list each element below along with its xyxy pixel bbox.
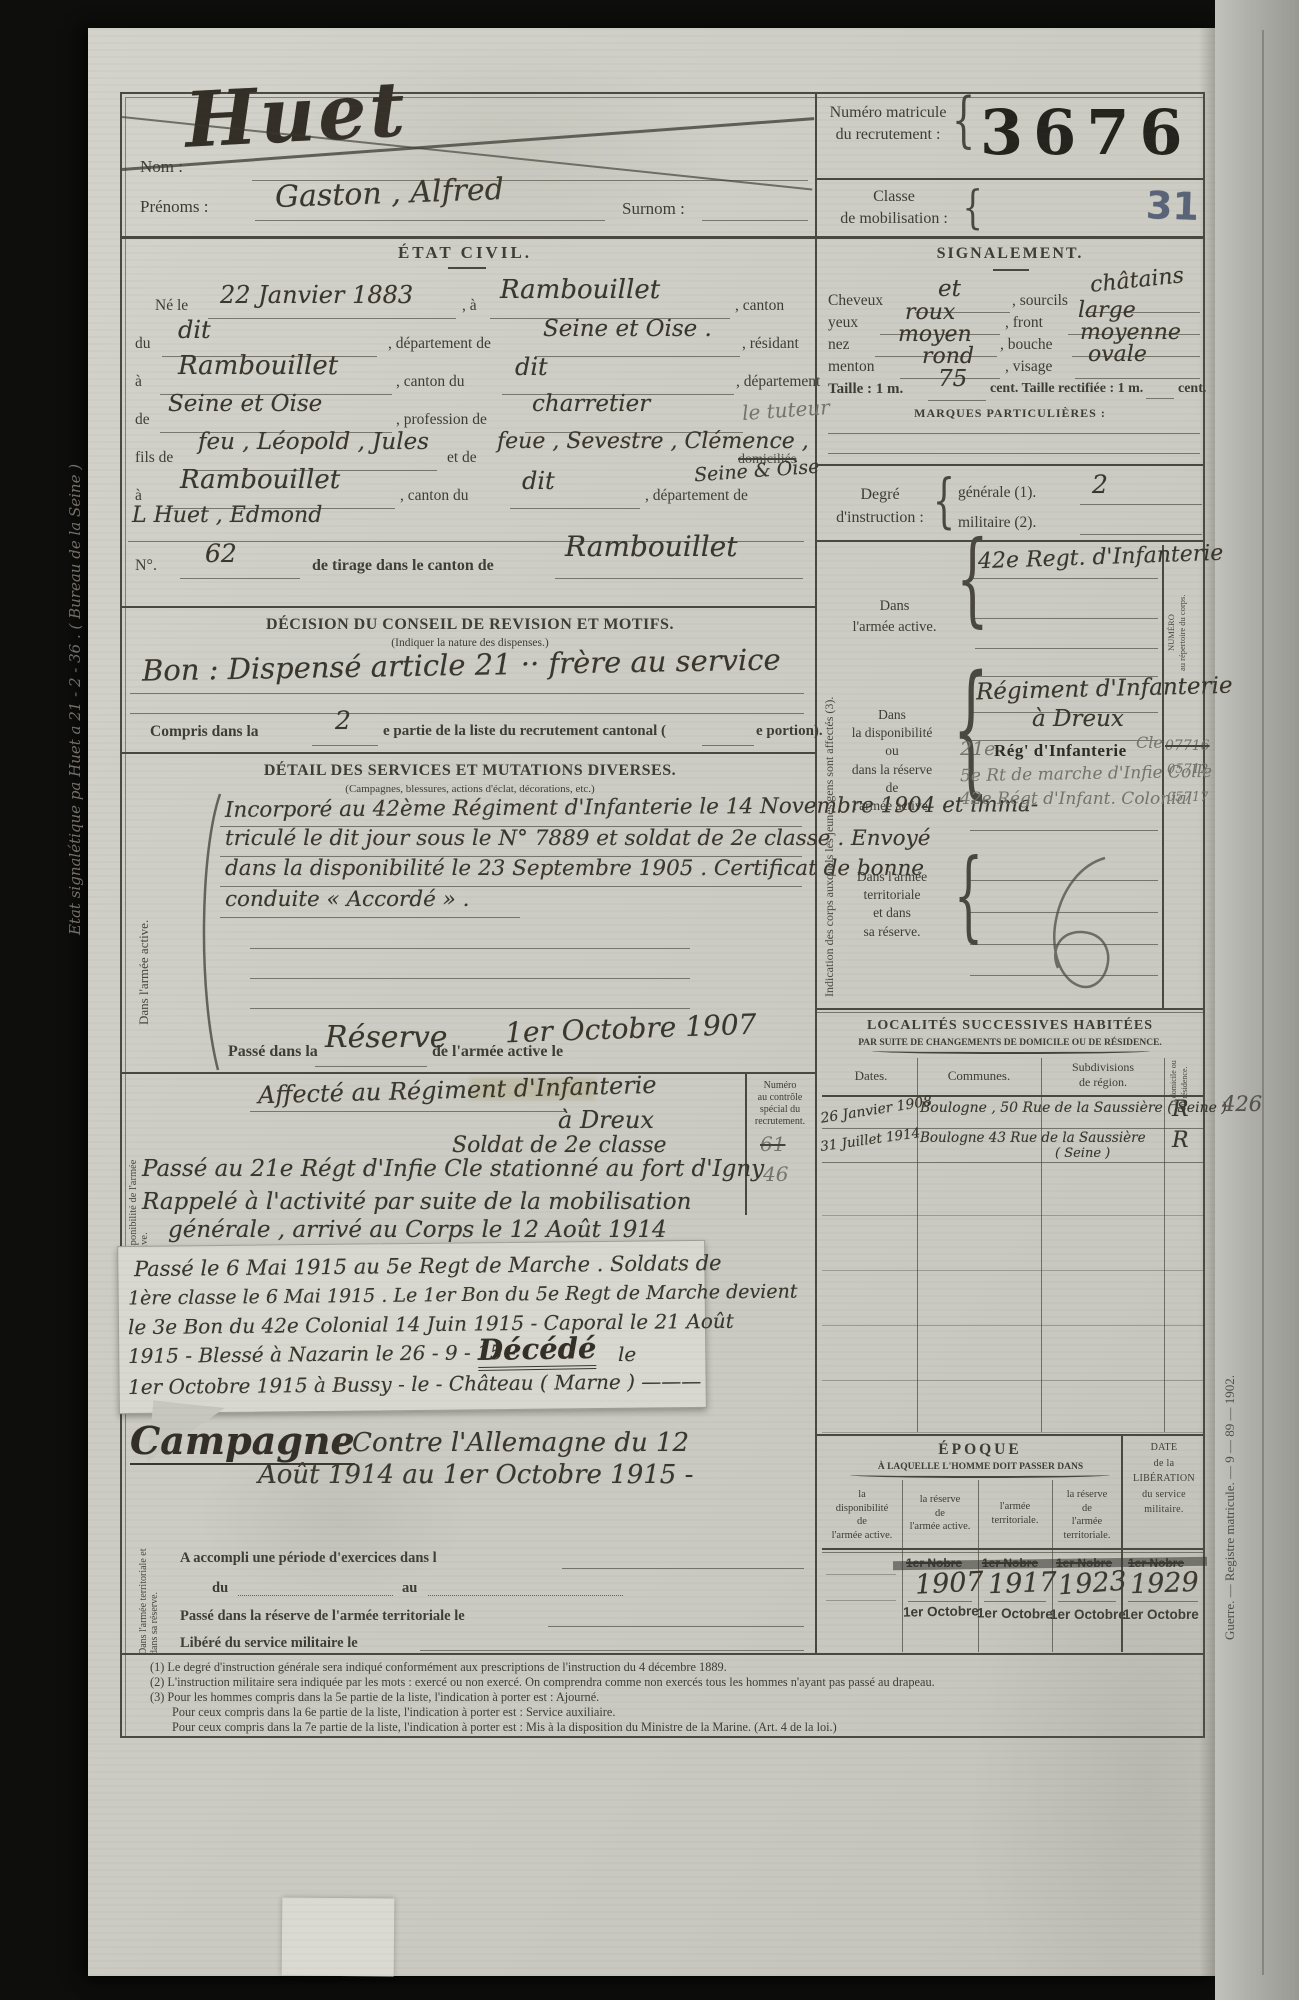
departement-de2-label: , département de: [645, 487, 748, 505]
affecte-line2: à Dreux: [558, 1106, 654, 1134]
decision-title: DÉCISION DU CONSEIL DE REVISION ET MOTIF…: [170, 616, 770, 634]
taille-label: Taille : 1 m.: [828, 381, 903, 398]
note-decede: Décédé: [478, 1331, 597, 1371]
ruled-line: [975, 648, 1158, 649]
profession-de-label: , profession de: [396, 411, 487, 429]
ruled-line: [828, 433, 1200, 434]
canton-value: dit: [178, 316, 211, 344]
margin-print-right: Guerre. — Registre matricule. — 9 — 89 —…: [1222, 1200, 1238, 1640]
brace-icon: [956, 529, 989, 631]
departement-label: , département: [736, 373, 820, 391]
numero-repertoire-value1: 07716: [1165, 738, 1210, 754]
margin-note-left: Etat signalétique pa Huet a 21 - 2 - 36 …: [66, 375, 84, 935]
ruled-line: [928, 400, 986, 401]
section-rule: [817, 540, 1205, 542]
ruled-line: [1080, 534, 1202, 535]
disponibilite-side-label: Disponibilité de l'armée active.: [128, 1135, 158, 1260]
ruled-line: [315, 1066, 427, 1067]
naissance-date: 22 Janvier 1883: [220, 281, 413, 309]
ruled-line: [970, 880, 1158, 881]
services-title: DÉTAIL DES SERVICES ET MUTATIONS DIVERSE…: [170, 762, 770, 780]
corps-dispo-value3-pre: 21e: [960, 738, 995, 760]
classe-label: Classe de mobilisation :: [824, 186, 964, 229]
du-label: du: [212, 1580, 228, 1597]
ruled-line: [250, 1008, 690, 1009]
regiment-stamp: Rég' d'Infanterie: [994, 741, 1127, 761]
passe-territoriale-label: Passé dans la réserve de l'armée territo…: [180, 1608, 465, 1625]
brace-icon: [954, 846, 984, 945]
ruled-line: [828, 453, 1200, 454]
dotted-line: [428, 1580, 623, 1596]
ruled-line: [312, 745, 378, 746]
accompli-label: A accompli une période d'exercices dans …: [180, 1550, 437, 1567]
tirage-canton: Rambouillet: [565, 530, 737, 563]
epoque-col4-header: la réserve de l'armée territoriale.: [1054, 1488, 1120, 1543]
matricule-number: 3676: [980, 96, 1190, 169]
affecte-line3: Soldat de 2e classe: [452, 1133, 667, 1158]
ruled-line: [1146, 398, 1174, 399]
footnote-rule: [120, 1653, 1205, 1655]
ruled-line: [130, 713, 804, 714]
ruled-line: [970, 830, 1158, 831]
epoque-date1: 1er Octobre: [903, 1603, 979, 1619]
corps-side-label: Indication des corps auxquels les jeunes…: [822, 552, 837, 997]
title-dash: [448, 267, 486, 269]
epoque-date-header: DATE de la LIBÉRATION du service militai…: [1124, 1440, 1204, 1518]
sourcils-label: , sourcils: [1012, 292, 1068, 310]
campagne-word: Campagne: [130, 1418, 355, 1465]
cheveux-value: et: [938, 276, 961, 302]
taille-value: 75: [938, 366, 967, 392]
corps-dispo-value2: à Dreux: [1032, 706, 1124, 732]
ruled-line: [420, 1650, 804, 1651]
bouche-label: , bouche: [1000, 336, 1053, 354]
rappele-line2: générale , arrivé au Corps le 12 Août 19…: [168, 1217, 667, 1243]
departement2-value: Seine et Oise: [168, 391, 322, 417]
ruled-line: [1075, 378, 1200, 379]
cheveux-label: Cheveux: [828, 292, 883, 310]
rappele-line1: Rappelé à l'activité par suite de la mob…: [142, 1189, 691, 1215]
services-paragraph-l3: dans la disponibilité le 23 Septembre 19…: [225, 856, 924, 881]
canton-du2-value: dit: [522, 467, 555, 495]
localites-col-line: [917, 1058, 918, 1432]
paraph-flourish: [1020, 850, 1150, 1000]
page-stack-edge: [1262, 30, 1264, 1975]
fils-de-label: fils de: [135, 449, 173, 467]
footnote-3: (3) Pour les hommes compris dans la 5e p…: [150, 1690, 599, 1705]
controle-column-line: [745, 1073, 747, 1215]
ruled-line: [250, 948, 690, 949]
ruled-line: [702, 220, 808, 221]
marques-label: MARQUES PARTICULIÈRES :: [880, 406, 1140, 421]
profession-value: charretier: [532, 391, 650, 417]
ruled-line: [822, 1325, 1205, 1326]
localites-header-rule: [822, 1095, 1205, 1097]
ruled-line: [510, 508, 640, 509]
passe-reserve-label1: Passé dans la: [228, 1043, 318, 1061]
scanned-register-page: { "document": { "signature": "Huet", "ma…: [0, 0, 1299, 2000]
libere-label: Libéré du service militaire le: [180, 1635, 358, 1652]
epoque-header-rule: [822, 1548, 1205, 1550]
localites-row1-dr: R: [1172, 1097, 1189, 1122]
compris-label3: e portion).: [756, 723, 823, 740]
section-rule: [120, 752, 815, 754]
ruled-line: [208, 318, 456, 319]
tuteur-line: L Huet , Edmond: [132, 503, 322, 528]
domicile-value: Rambouillet: [180, 465, 340, 495]
canton-du-value: dit: [515, 353, 548, 381]
compris-label1: Compris dans la: [150, 723, 259, 741]
visage-label: , visage: [1005, 358, 1052, 376]
ruled-line: [220, 917, 520, 918]
menton-label: menton: [828, 358, 875, 376]
departement-de-label: , département de: [388, 335, 491, 353]
surnom-label: Surnom :: [622, 199, 685, 219]
ruled-line: [130, 693, 804, 694]
ruled-line: [822, 1162, 1205, 1163]
footnote-4: Pour ceux compris dans la 6e partie de l…: [172, 1705, 615, 1720]
naissance-lieu: Rambouillet: [500, 275, 660, 305]
section-rule: [120, 1072, 815, 1074]
passe-reserve-value1: Réserve: [325, 1020, 448, 1055]
generale-value: 2: [1092, 470, 1108, 499]
signalement-title: SIGNALEMENT.: [850, 245, 1170, 263]
numero-tirage-label: N°.: [135, 557, 157, 575]
brace-icon: [952, 89, 975, 149]
matricule-label: Numéro matricule du recrutement :: [824, 102, 952, 145]
ruled-line: [822, 1552, 1205, 1553]
ruled-line: [984, 1601, 1046, 1602]
localites-col-subdivisions: Subdivisions de région.: [1044, 1060, 1162, 1090]
epoque-title: ÉPOQUE: [860, 1441, 1100, 1459]
epoque-top-rule: [817, 1434, 1205, 1436]
yeux-label: yeux: [828, 314, 858, 332]
ruled-line: [970, 944, 1158, 945]
numero-repertoire-value2: 05712: [1167, 762, 1208, 777]
canton-label: , canton: [735, 297, 784, 315]
rule: [817, 178, 1205, 180]
pere-value: feu , Léopold , Jules: [198, 429, 429, 455]
footnote-2: (2) L'instruction militaire sera indiqué…: [150, 1675, 935, 1690]
corps-dispo-label: Dans la disponibilité ou dans la réserve…: [836, 706, 948, 815]
note-line4c: le: [618, 1342, 636, 1366]
swash-rule: [850, 1472, 1110, 1478]
corps-active-label: Dans l'armée active.: [842, 596, 947, 638]
margin-number: 426: [1222, 1092, 1262, 1116]
visage-value: ovale: [1088, 342, 1147, 367]
ruled-line: [1128, 1601, 1198, 1602]
ruled-line: [535, 356, 740, 357]
prenoms-label: Prénoms :: [140, 197, 208, 217]
ruled-line: [970, 578, 1158, 579]
localites-row2-commune: Boulogne 43 Rue de la Saussière: [920, 1130, 1146, 1146]
numero-repertoire-value3: 05717: [1167, 790, 1208, 805]
taille-cent-label: cent.: [1178, 381, 1206, 397]
campagne-line2: Août 1914 au 1er Octobre 1915 -: [258, 1460, 693, 1490]
epoque-col3-header: l'armée territoriale.: [980, 1500, 1050, 1527]
departement-value: Seine et Oise .: [543, 316, 712, 342]
paragraph-paren: [196, 792, 226, 1072]
classe-value: 31: [1145, 183, 1199, 229]
epoque-date2: 1er Octobre: [977, 1605, 1053, 1621]
tirage-numero: 62: [205, 539, 237, 568]
section-rule: [817, 464, 1205, 466]
de-label: de: [135, 411, 150, 429]
scan-background: [1215, 0, 1299, 2000]
au-label: au: [402, 1580, 417, 1597]
ruled-line: [1080, 504, 1202, 505]
footnote-5: Pour ceux compris dans la 7e partie de l…: [172, 1720, 837, 1735]
localites-row2-dr: R: [1172, 1128, 1189, 1153]
ruled-line: [822, 1270, 1205, 1271]
mere-value: feue , Sevestre , Clémence ,: [497, 429, 809, 454]
corps-dispo-value5: 42e Régt d'Infant. Colonial: [960, 789, 1192, 809]
dotted-line: [238, 1580, 393, 1596]
epoque-date4: 1er Octobre: [1123, 1607, 1199, 1622]
canton-du2-label: , canton du: [400, 487, 468, 505]
ruled-line: [1058, 1601, 1116, 1602]
services-subtitle: (Campagnes, blessures, actions d'éclat, …: [230, 783, 710, 795]
swash-rule: [872, 1048, 1150, 1054]
campagne-line1: - Contre l'Allemagne du 12: [335, 1428, 689, 1458]
armee-active-side-label: Dans l'armée active.: [136, 625, 152, 1025]
corps-dispo-value3-post: Cle: [1136, 733, 1163, 752]
generale-label: générale (1).: [958, 484, 1036, 502]
taille-rect-label: cent. Taille rectifiée : 1 m.: [990, 381, 1143, 397]
et-de-label: et de: [447, 449, 477, 467]
epoque-col2-header: la réserve de l'armée active.: [904, 1493, 976, 1534]
localites-row2-region: ( Seine ): [1055, 1146, 1110, 1161]
ruled-line: [255, 220, 605, 221]
ruled-line: [548, 1626, 804, 1627]
territoriale-side-label: Dans l'armée territoriale et dans sa rés…: [138, 1540, 172, 1655]
ruled-line: [702, 745, 754, 746]
ruled-line: [555, 578, 803, 579]
etat-civil-title: ÉTAT CIVIL.: [300, 243, 630, 263]
corps-territoriale-label: Dans l'armée territoriale et dans sa rés…: [836, 868, 948, 941]
residence-value: Rambouillet: [178, 351, 338, 381]
header-rule: [120, 236, 1205, 239]
ruled-line: [826, 1600, 896, 1601]
services-paragraph-l4: conduite « Accordé » .: [225, 887, 469, 912]
epoque-date3: 1er Octobre: [1050, 1607, 1126, 1622]
epoque-year3: 1923: [1057, 1566, 1128, 1602]
section-rule: [817, 1008, 1205, 1010]
section-rule: [120, 606, 815, 608]
ruled-line: [970, 912, 1158, 913]
degre-label: Degré d'instruction :: [830, 483, 930, 529]
epoque-year4: 1929: [1129, 1567, 1199, 1600]
ruled-line: [826, 1574, 896, 1575]
du-label: du: [135, 335, 151, 353]
epoque-year2: 1917: [987, 1567, 1057, 1600]
tirage-label: de tirage dans le canton de: [312, 557, 494, 575]
ruled-line: [250, 978, 690, 979]
bottom-paper-tab: [282, 1898, 395, 1977]
ruled-line: [817, 1012, 1205, 1013]
passe21-line: Passé au 21e Régt d'Infie Cle stationné …: [142, 1156, 764, 1182]
a-label: , à: [462, 297, 477, 315]
localites-col-communes: Communes.: [920, 1068, 1038, 1084]
nez-label: nez: [828, 336, 850, 354]
canton-du-label: , canton du: [396, 373, 464, 391]
front-label: , front: [1005, 314, 1043, 332]
ruled-line: [822, 1128, 1205, 1129]
brace-icon: [933, 472, 955, 531]
localites-title: LOCALITÉS SUCCESSIVES HABITÉES: [830, 1018, 1190, 1034]
ruled-line: [822, 1432, 1205, 1433]
controle-value1: 61: [760, 1132, 785, 1156]
brace-icon: [963, 185, 983, 231]
a2-label: à: [135, 373, 142, 391]
ruled-line: [250, 1111, 565, 1112]
epoque-col1-header: la disponibilité de l'armée active.: [824, 1488, 900, 1543]
epoque-year1: 1907: [914, 1566, 984, 1601]
localites-col-dates: Dates.: [828, 1068, 914, 1084]
ruled-line: [180, 578, 300, 579]
epoque-subtitle: À LAQUELLE L'HOMME DOIT PASSER DANS: [838, 1462, 1123, 1472]
ruled-line: [822, 1380, 1205, 1381]
controle-value2: 46: [763, 1162, 788, 1186]
nom-label: Nom :: [140, 157, 183, 177]
ne-le-label: Né le: [155, 297, 188, 315]
compris-label2: e partie de la liste du recrutement cant…: [383, 723, 666, 740]
footnote-1: (1) Le degré d'instruction générale sera…: [150, 1660, 727, 1675]
compris-value: 2: [335, 706, 351, 735]
ruled-line: [908, 1601, 972, 1602]
ruled-line: [975, 618, 1158, 619]
controle-header: Numéro au contrôle spécial du recrutemen…: [748, 1080, 812, 1128]
residant-label: , résidant: [742, 335, 799, 353]
ruled-line: [822, 1215, 1205, 1216]
localites-subtitle: PAR SUITE DE CHANGEMENTS DE DOMICILE OU …: [830, 1038, 1190, 1048]
note-line4a: 1915 - Blessé à Nazarin le 26 - 9 - 15 -: [128, 1340, 516, 1368]
ruled-line: [562, 1568, 804, 1569]
title-dash: [993, 269, 1029, 271]
ruled-line: [970, 975, 1158, 976]
